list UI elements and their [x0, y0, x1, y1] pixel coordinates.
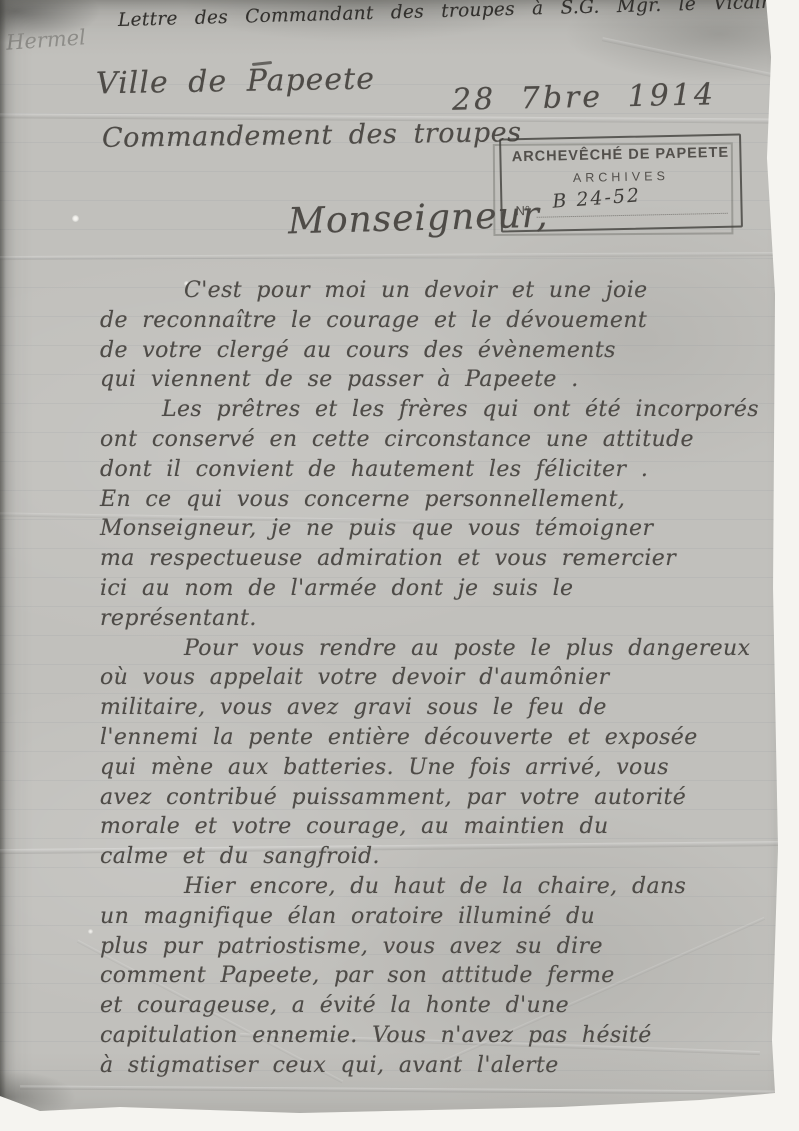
letter-line: à stigmatiser ceux qui, avant l'alerte [100, 1051, 768, 1081]
letterhead-department: Commandement des troupes [102, 117, 522, 154]
stamp-title: ARCHEVÊCHÉ DE PAPEETE [511, 145, 729, 166]
letter-line: militaire, vous avez gravi sous le feu d… [100, 693, 768, 723]
letter-line: dont il convient de hautement les félici… [100, 455, 768, 485]
letter-line: comment Papeete, par son attitude ferme [100, 961, 768, 991]
crease [0, 252, 799, 260]
letter-line: Monseigneur, je ne puis que vous témoign… [100, 514, 768, 544]
scanned-letter-page: { "colors": { "scan_background": "#f5f4f… [0, 0, 799, 1131]
letter-line: ma respectueuse admiration et vous remer… [100, 544, 768, 574]
letter-line: morale et votre courage, au maintien du [100, 812, 768, 842]
letter-line: qui mène aux batteries. Une fois arrivé,… [100, 753, 768, 783]
letter-line: représentant. [100, 604, 768, 634]
letter-line: plus pur patriostisme, vous avez su dire [100, 932, 768, 962]
letter-line: ici au nom de l'armée dont je suis le [100, 574, 768, 604]
letter-line: Pour vous rendre au poste le plus danger… [100, 634, 768, 664]
punch-hole [88, 929, 93, 934]
letter-paper: Lettre des Commandant des troupes à S.G.… [0, 0, 799, 1131]
letter-line: Les prêtres et les frères qui ont été in… [100, 395, 768, 425]
letter-date: 28 7bre 1914 [452, 77, 717, 118]
letter-line: de votre clergé au cours des évènements [100, 336, 768, 366]
letter-line: de reconnaître le courage et le dévoueme… [100, 306, 768, 336]
letter-line: l'ennemi la pente entière découverte et … [100, 723, 768, 753]
stamp-subtitle: ARCHIVES [512, 168, 730, 187]
stamp-number-value: B 24-52 [551, 184, 641, 212]
letter-line: un magnifique élan oratoire illuminé du [100, 902, 768, 932]
stamp-number-line: B 24-52 [536, 191, 728, 218]
punch-hole [72, 215, 79, 222]
letter-line: où vous appelait votre devoir d'aumônier [100, 663, 768, 693]
crease [20, 1085, 780, 1094]
letter-line: avez contribué puissamment, par votre au… [100, 783, 768, 813]
letter-line: En ce qui vous concerne personnellement, [100, 485, 768, 515]
letter-line: ont conservé en cette circonstance une a… [100, 425, 768, 455]
salutation: Monseigneur, [288, 195, 549, 243]
letter-body: C'est pour moi un devoir et une joie de … [100, 276, 768, 1081]
letter-line: et courageuse, a évité la honte d'une [100, 991, 768, 1021]
crease [0, 0, 6, 1131]
letterhead-city: Ville de Papeete [96, 62, 376, 102]
letter-line: calme et du sangfroid. [100, 842, 768, 872]
filing-note-pencil: Hermel [5, 25, 86, 55]
letter-line: capitulation ennemie. Vous n'avez pas hé… [100, 1021, 768, 1051]
letter-line: Hier encore, du haut de la chaire, dans [100, 872, 768, 902]
letter-line: C'est pour moi un devoir et une joie [100, 276, 768, 306]
letter-line: qui viennent de se passer à Papeete . [100, 365, 768, 395]
top-annotation: Lettre des Commandant des troupes à S.G.… [118, 0, 799, 31]
